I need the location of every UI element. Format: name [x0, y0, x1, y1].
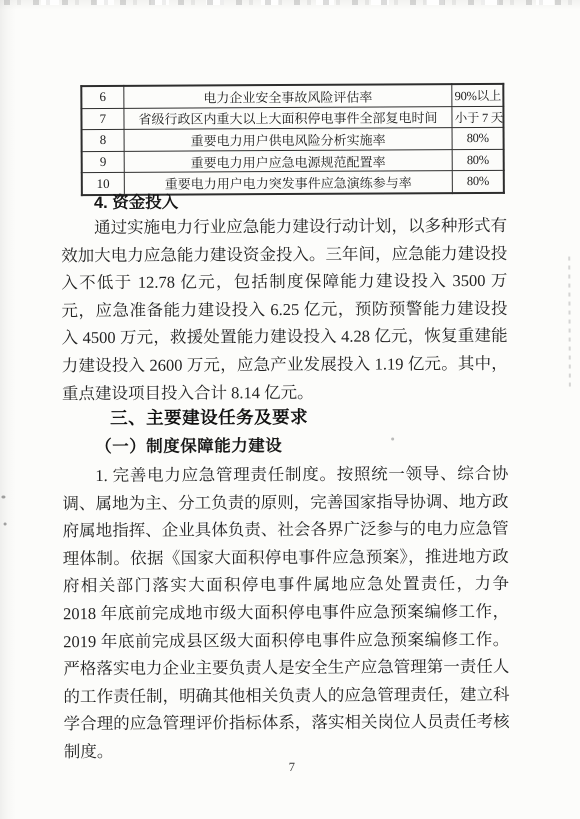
value-cell: 80% — [452, 171, 503, 193]
page-content: 6 电力企业安全事故风险评估率 90%以上 7 省级行政区内重大以上大面积停电事… — [0, 0, 580, 819]
paragraph-funds-investment: 通过实施电力行业应急能力建设行动计划，以多种形式有效加大电力应急能力建设资金投入… — [61, 212, 508, 407]
heading-funds-investment: 4. 资金投入 — [61, 191, 540, 215]
scan-speck — [4, 522, 7, 525]
indicator-cell: 省级行政区内重大以上大面积停电事件全部复电时间 — [124, 106, 453, 129]
scan-speck — [1, 495, 5, 498]
scanned-document-page: 6 电力企业安全事故风险评估率 90%以上 7 省级行政区内重大以上大面积停电事… — [0, 0, 580, 819]
row-number-cell: 7 — [81, 108, 123, 130]
indicator-cell: 重要电力用户应急电源规范配置率 — [124, 149, 453, 172]
row-number-cell: 10 — [82, 173, 124, 195]
kpi-table: 6 电力企业安全事故风险评估率 90%以上 7 省级行政区内重大以上大面积停电事… — [80, 83, 505, 196]
table-row: 7 省级行政区内重大以上大面积停电事件全部复电时间 小于 7 天 — [81, 106, 503, 130]
heading-main-tasks: 三、主要建设任务及要求 — [62, 405, 556, 431]
row-number-cell: 9 — [82, 151, 124, 173]
row-number-cell: 6 — [81, 86, 123, 108]
table-row: 9 重要电力用户应急电源规范配置率 80% — [82, 149, 504, 173]
page-number: 7 — [2, 758, 580, 776]
table-row: 6 电力企业安全事故风险评估率 90%以上 — [81, 84, 503, 108]
scan-artifact-right — [568, 257, 571, 392]
row-number-cell: 8 — [82, 130, 124, 152]
value-cell: 80% — [452, 128, 503, 150]
paragraph-responsibility-system: 1. 完善电力应急管理责任制度。按照统一领导、综合协调、属地为主、分工负责的原则… — [62, 460, 510, 766]
value-cell: 90%以上 — [452, 84, 503, 106]
table-row: 8 重要电力用户供电风险分析实施率 80% — [82, 128, 504, 152]
heading-institutional-capacity: （一）制度保障能力建设 — [62, 433, 541, 459]
value-cell: 小于 7 天 — [452, 106, 503, 128]
scan-speck — [391, 437, 394, 440]
indicator-cell: 重要电力用户供电风险分析实施率 — [124, 128, 453, 151]
value-cell: 80% — [452, 149, 503, 171]
indicator-cell: 电力企业安全事故风险评估率 — [123, 84, 452, 108]
